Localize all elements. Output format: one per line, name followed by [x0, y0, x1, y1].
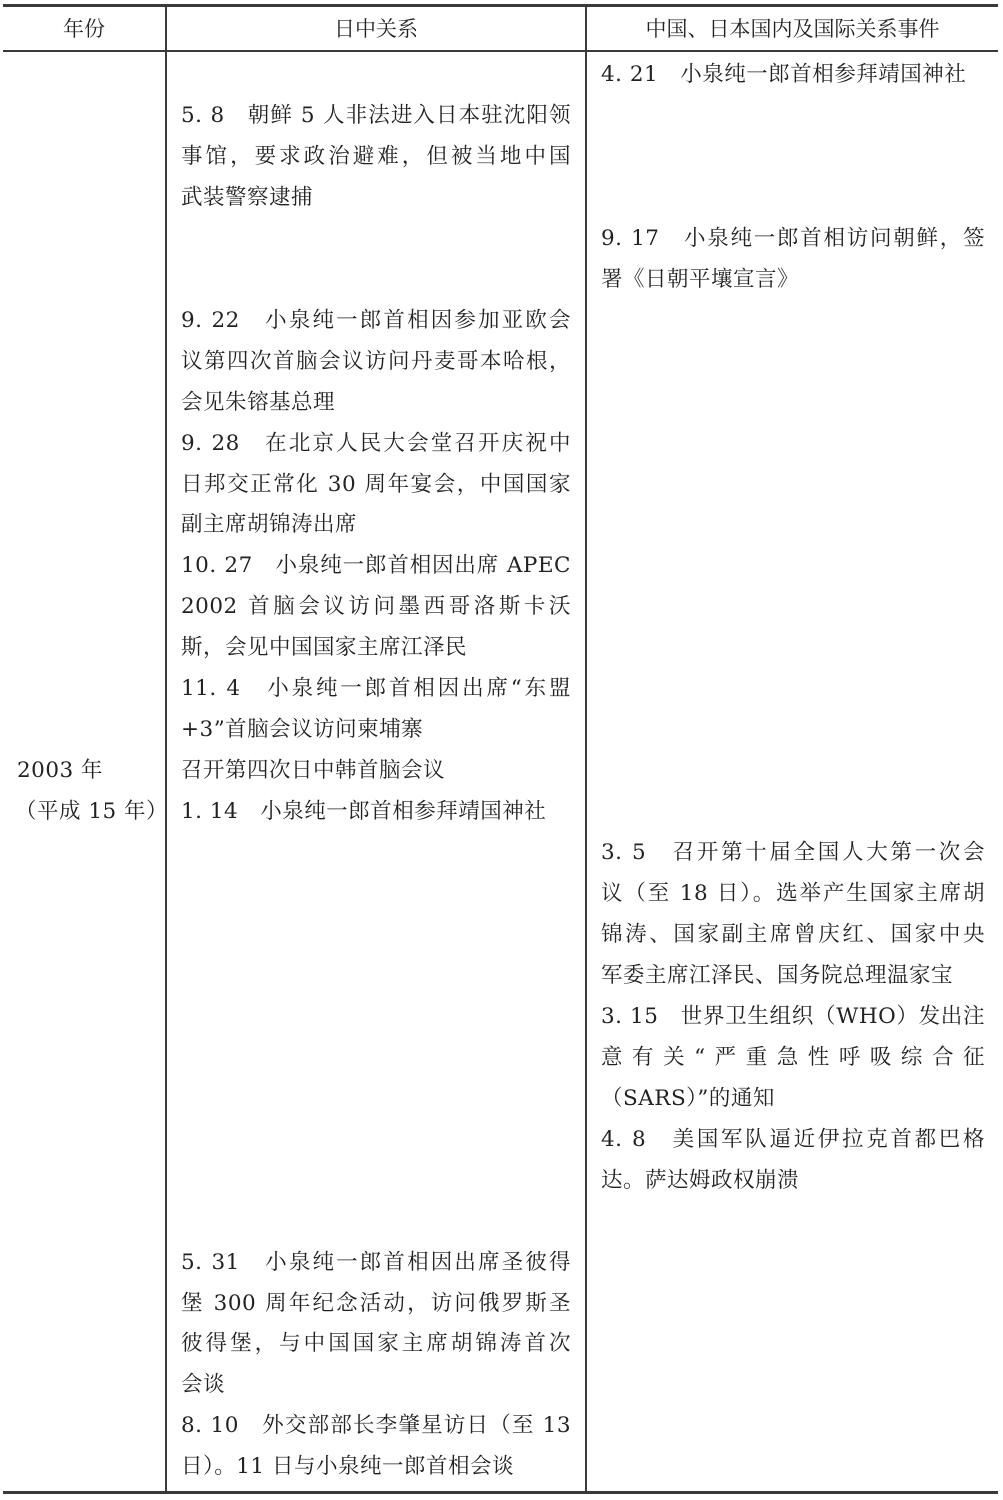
- entry-text-line: 4. 8 美国军队逼近伊拉克首都巴格: [601, 1125, 985, 1155]
- entry-text-line: 2002 首脑会议访问墨西哥洛斯卡沃: [181, 592, 571, 622]
- entry-text-line: 意有关“严重急性呼吸综合征: [601, 1043, 985, 1073]
- table-bottom-rule: [3, 1491, 998, 1494]
- era-label: （平成 15 年）: [15, 797, 168, 827]
- year-label: 2003 年: [17, 756, 103, 786]
- entry-text-line: 达。萨达姆政权崩溃: [601, 1166, 985, 1196]
- entry-text-line: 斯，会见中国国家主席江泽民: [181, 633, 571, 663]
- entry-text-line: 事馆，要求政治避难，但被当地中国: [181, 142, 571, 172]
- column-divider-1: [165, 5, 167, 1492]
- entry-text-line: 日）。11 日与小泉纯一郎首相会谈: [181, 1452, 571, 1482]
- entry-text-line: 锦涛、国家副主席曾庆红、国家中央: [601, 920, 985, 950]
- entry-text-line: 10. 27 小泉纯一郎首相因出席 APEC: [181, 551, 571, 581]
- entry-text-line: +3”首脑会议访问柬埔寨: [181, 715, 571, 745]
- entry-text-line: 4. 21 小泉纯一郎首相参拜靖国神社: [601, 60, 985, 90]
- entry-text-line: 1. 14 小泉纯一郎首相参拜靖国神社: [181, 797, 571, 827]
- entry-text-line: 堡 300 周年纪念活动，访问俄罗斯圣: [181, 1289, 571, 1319]
- entry-text-line: 9. 17 小泉纯一郎首相访问朝鲜，签: [601, 224, 985, 254]
- entry-text-line: （SARS）”的通知: [601, 1084, 985, 1114]
- header-year: 年份: [3, 7, 165, 51]
- entry-text-line: 会谈: [181, 1370, 571, 1400]
- entry-text-line: 军委主席江泽民、国务院总理温家宝: [601, 961, 985, 991]
- entry-text-line: 5. 31 小泉纯一郎首相因出席圣彼得: [181, 1248, 571, 1278]
- entry-text-line: 3. 5 召开第十届全国人大第一次会: [601, 838, 985, 868]
- entry-text-line: 副主席胡锦涛出席: [181, 510, 571, 540]
- entry-text-line: 9. 28 在北京人民大会堂召开庆祝中: [181, 429, 571, 459]
- entry-text-line: 9. 22 小泉纯一郎首相因参加亚欧会: [181, 306, 571, 336]
- entry-text-line: 11. 4 小泉纯一郎首相因出席“东盟: [181, 674, 571, 704]
- entry-text-line: 署《日朝平壤宣言》: [601, 265, 985, 295]
- entry-text-line: 日邦交正常化 30 周年宴会，中国国家: [181, 470, 571, 500]
- entry-text-line: 议（至 18 日）。选举产生国家主席胡: [601, 879, 985, 909]
- entry-text-line: 5. 8 朝鲜 5 人非法进入日本驻沈阳领: [181, 101, 571, 131]
- entry-text-line: 议第四次首脑会议访问丹麦哥本哈根，: [181, 347, 571, 377]
- header-japan-china-relations: 日中关系: [167, 7, 585, 51]
- entry-text-line: 会见朱镕基总理: [181, 388, 571, 418]
- entry-text-line: 3. 15 世界卫生组织（WHO）发出注: [601, 1002, 985, 1032]
- entry-text-line: 8. 10 外交部部长李肇星访日（至 13: [181, 1411, 571, 1441]
- header-domestic-international-events: 中国、日本国内及国际关系事件: [587, 7, 998, 51]
- entry-text-line: 武装警察逮捕: [181, 183, 571, 213]
- entry-text-line: 召开第四次日中韩首脑会议: [181, 756, 571, 786]
- column-divider-2: [585, 5, 587, 1492]
- entry-text-line: 彼得堡，与中国国家主席胡锦涛首次: [181, 1329, 571, 1359]
